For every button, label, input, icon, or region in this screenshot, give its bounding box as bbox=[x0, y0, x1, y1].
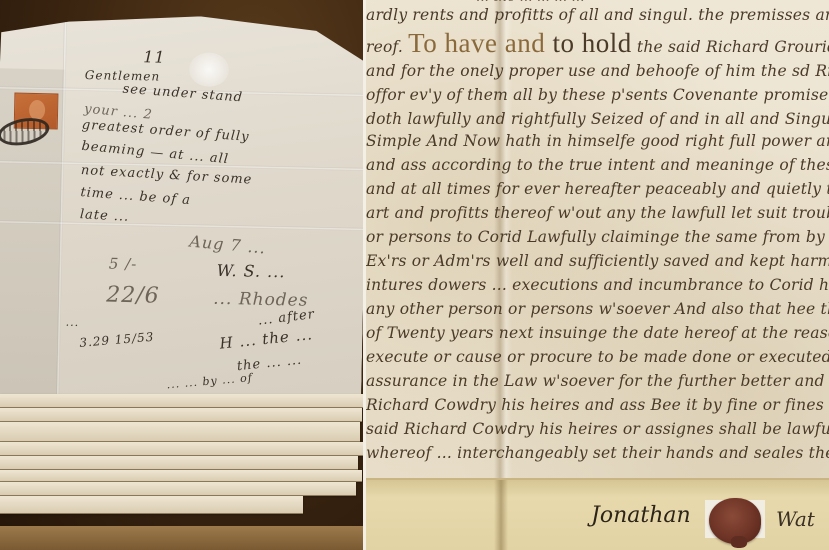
stacked-letter bbox=[0, 470, 362, 482]
margin-note: ... bbox=[66, 316, 80, 329]
parchment-crease bbox=[494, 0, 512, 550]
deed-line: Ex'rs or Adm'rs well and sufficiently sa… bbox=[366, 252, 829, 270]
letter-number: 11 bbox=[143, 47, 166, 66]
deed-line: and for the onely proper use and behoofe… bbox=[366, 62, 829, 80]
signature-second: Wat bbox=[776, 507, 815, 531]
photo-composite: 11 Gentlemen see under stand your ... 2 … bbox=[0, 0, 829, 550]
margin-note: 5 /- bbox=[109, 255, 138, 274]
wax-drip bbox=[731, 536, 747, 548]
stacked-letter bbox=[0, 496, 303, 514]
heading-part: to hold bbox=[552, 28, 631, 58]
deed-line: assurance in the Law w'soever for the fu… bbox=[366, 372, 829, 390]
heading-part: To have and bbox=[408, 28, 545, 58]
letter-stack bbox=[0, 388, 363, 550]
stacked-letter bbox=[0, 456, 358, 470]
wooden-table bbox=[0, 526, 363, 550]
folded-letter: 11 Gentlemen see under stand your ... 2 … bbox=[0, 8, 363, 416]
signature-jonathan: Jonathan bbox=[591, 503, 691, 528]
deed-line: Richard Cowdry his heires and ass Bee it… bbox=[366, 396, 829, 414]
deed-line: art and profitts thereof w'out any the l… bbox=[366, 204, 829, 222]
deed-line: intures dowers ... executions and incumb… bbox=[366, 276, 829, 294]
letter-closing: Aug 7 ... bbox=[189, 232, 267, 258]
parchment-crease bbox=[494, 480, 508, 550]
deed-line: of Twenty years next insuinge the date h… bbox=[366, 324, 829, 342]
margin-note: 3.29 15/53 bbox=[79, 330, 155, 350]
deed-line: or persons to Corid Lawfully claiminge t… bbox=[366, 228, 829, 246]
to-have-and-to-hold-heading: To have and to hold bbox=[408, 28, 632, 58]
deed-photo: ... the ... ... ... ... ardly rents and … bbox=[366, 0, 829, 550]
deed-line-prefix: reof. bbox=[366, 38, 403, 56]
letter-line: time ... be of a bbox=[80, 185, 192, 208]
deed-line: and at all times for ever hereafter peac… bbox=[366, 180, 829, 198]
deed-line: ... the ... ... ... ... bbox=[476, 0, 585, 5]
deed-line: and ass according to the true intent and… bbox=[366, 156, 829, 174]
letter-line: late ... bbox=[80, 207, 130, 225]
letter-signature: W. S. ... bbox=[217, 261, 286, 281]
stacked-letter bbox=[0, 394, 363, 408]
deed-line: ardly rents and profitts of all and sing… bbox=[366, 6, 829, 24]
deed-line: doth lawfully and rightfully Seized of a… bbox=[366, 110, 829, 128]
letter-signature-name: ... Rhodes bbox=[213, 289, 309, 311]
margin-note: 22/6 bbox=[106, 283, 160, 309]
stacked-letter bbox=[0, 422, 360, 442]
deed-line: Simple And Now hath in himselfe good rig… bbox=[366, 132, 829, 150]
deed-line: said Richard Cowdry his heires or assign… bbox=[366, 420, 829, 438]
letter-stack-photo: 11 Gentlemen see under stand your ... 2 … bbox=[0, 0, 363, 550]
stacked-letter bbox=[0, 408, 362, 422]
deed-line: whereof ... interchangeably set their ha… bbox=[366, 444, 829, 462]
deed-line-rest: the said Richard Grouridd and Co bbox=[637, 38, 829, 56]
deed-line: any other person or persons w'soever And… bbox=[366, 300, 829, 318]
deed-line: execute or cause or procure to be made d… bbox=[366, 348, 829, 366]
postscript-line: H ... the ... bbox=[219, 325, 314, 352]
stacked-letter bbox=[0, 482, 356, 496]
deed-line: offor ev'y of them all by these p'sents … bbox=[366, 86, 829, 104]
letter-line: see under stand bbox=[122, 82, 243, 106]
embossed-seal-mark bbox=[189, 52, 230, 87]
deed-heading-line: reof. To have and to hold the said Richa… bbox=[366, 28, 829, 59]
stacked-letter bbox=[0, 442, 363, 456]
